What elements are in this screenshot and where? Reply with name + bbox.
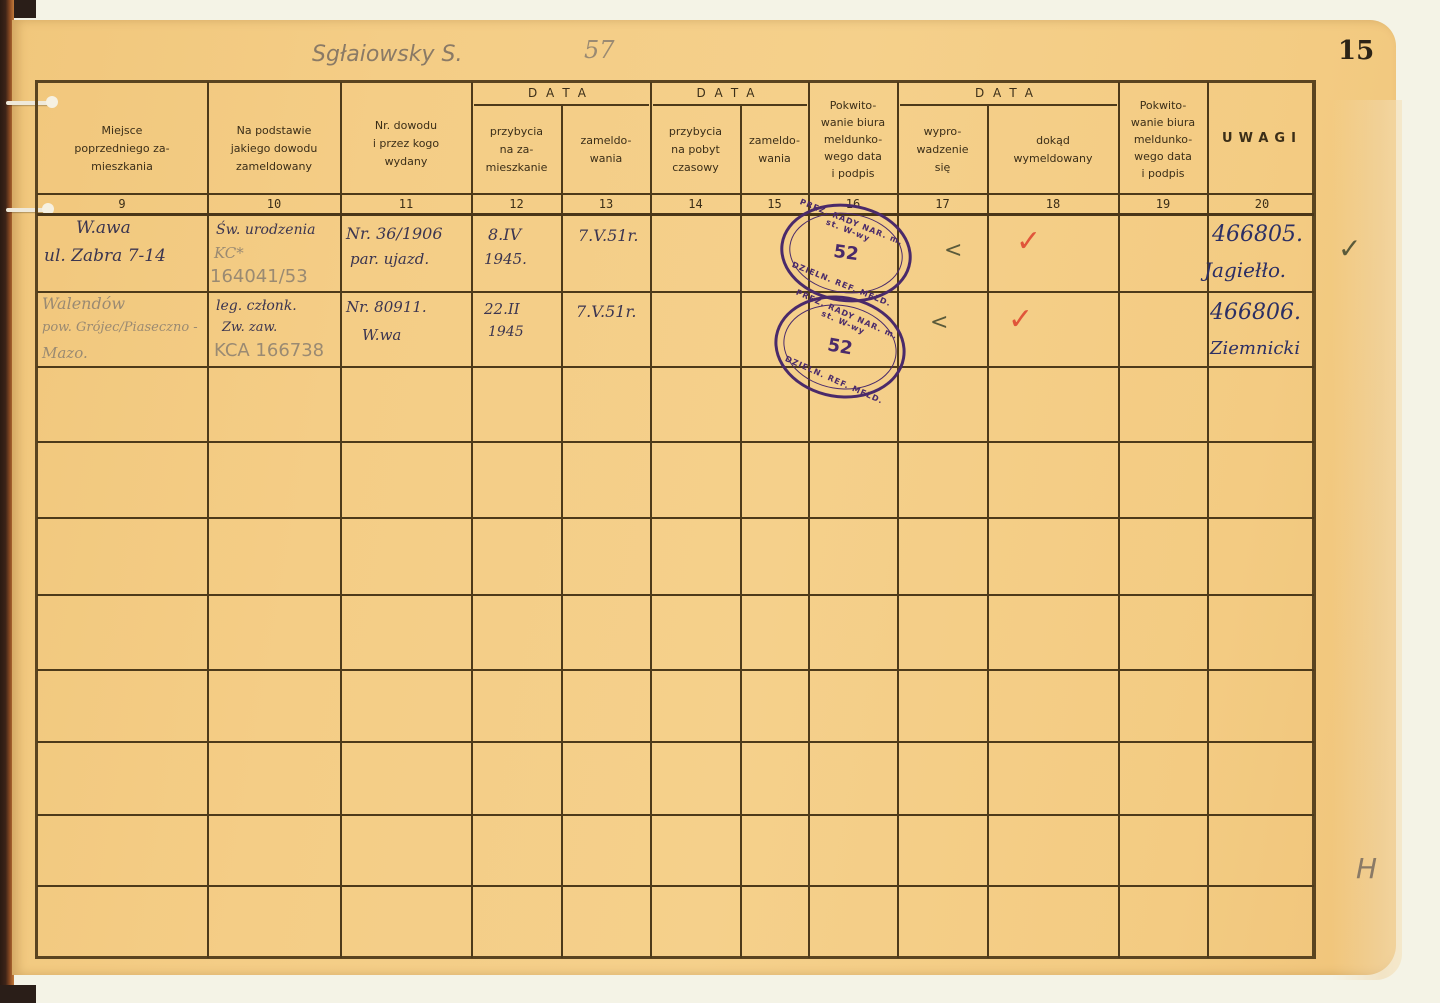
pencil-number: 57: [584, 36, 615, 64]
header-line: się: [935, 159, 951, 177]
header-destination: dokąd wymeldowany: [989, 108, 1117, 192]
cell-previous-residence-line: W.awa: [76, 218, 131, 238]
row-divider: [37, 594, 1314, 596]
column-number: 10: [209, 197, 339, 211]
column-divider: [740, 105, 742, 958]
header-line: wymeldowany: [1014, 150, 1093, 168]
header-line: wego data: [1134, 148, 1192, 165]
departure-mark: <: [930, 310, 948, 335]
header-line: wanie biura: [1131, 114, 1195, 131]
column-number: 18: [989, 197, 1117, 211]
row-divider: [37, 814, 1314, 816]
header-line: meldunko-: [1134, 131, 1192, 148]
group-underline: [653, 104, 807, 106]
header-line: Miejsce: [102, 122, 143, 140]
cell-previous-residence-line: ul. Zabra 7-14: [44, 246, 166, 266]
header-line: wadzenie: [916, 141, 968, 159]
column-number: 13: [563, 197, 649, 211]
cell-previous-residence-line: Walendów: [42, 294, 125, 313]
column-number: 17: [899, 197, 986, 211]
header-line: wania: [758, 150, 791, 168]
header-line: meldunko-: [824, 131, 882, 148]
header-line: i podpis: [1141, 165, 1184, 182]
registration-table: [35, 80, 1316, 959]
surname-annotation: Sgłaiowsky S.: [312, 42, 462, 67]
header-line: zameldo-: [749, 132, 800, 150]
margin-check-icon: ✓: [1338, 232, 1361, 265]
header-office-receipt-2: Pokwito- wanie biura meldunko- wego data…: [1120, 86, 1206, 192]
header-line: czasowy: [672, 159, 719, 177]
page-number: 15: [1338, 36, 1374, 66]
cell-registration-date: 7.V.51r.: [578, 226, 638, 245]
header-line: zameldowany: [236, 158, 312, 176]
column-number: 12: [473, 197, 560, 211]
header-divider: [37, 193, 1314, 195]
group-title-temporary: DATA: [653, 86, 807, 100]
cell-previous-residence-line: Mazo.: [42, 344, 88, 362]
group-underline: [474, 104, 649, 106]
header-line: Pokwito-: [1140, 97, 1187, 114]
column-number: 11: [342, 197, 470, 211]
cell-previous-residence-line: pow. Grójec/Piaseczno -: [42, 320, 198, 335]
cell-arrival-date-line: 1945: [488, 324, 524, 340]
cell-document-number-line: Nr. 80911.: [346, 298, 427, 316]
row-divider: [37, 291, 1314, 293]
header-line: i podpis: [831, 165, 874, 182]
row-divider: [37, 669, 1314, 671]
header-line: przybycia: [490, 123, 543, 141]
cell-arrival-date-line: 22.II: [484, 300, 520, 318]
column-divider: [987, 105, 989, 958]
column-number: 14: [652, 197, 739, 211]
cell-arrival-date-line: 8.IV: [488, 225, 521, 244]
cell-remarks-line: 466806.: [1210, 300, 1301, 325]
cell-arrival-date-line: 1945.: [484, 250, 527, 268]
header-temp-registration-date: zameldo- wania: [742, 108, 807, 192]
header-line: dokąd: [1036, 132, 1070, 150]
header-arrival-date: przybycia na za- mieszkanie: [473, 108, 560, 192]
header-temp-arrival-date: przybycia na pobyt czasowy: [652, 108, 739, 192]
header-bottom-rule: [37, 213, 1314, 216]
group-underline: [900, 104, 1117, 106]
header-departure-date: wypro- wadzenie się: [899, 108, 986, 192]
row-divider: [37, 517, 1314, 519]
destination-check-icon: ✓: [1008, 302, 1033, 337]
row-divider: [37, 885, 1314, 887]
header-line: Pokwito-: [830, 97, 877, 114]
header-document-number: Nr. dowodu i przez kogo wydany: [342, 104, 470, 184]
cell-document-basis-line: Św. urodzenia: [216, 222, 315, 238]
cell-registration-date: 7.V.51r.: [576, 302, 636, 321]
corner-pencil-mark: H: [1356, 852, 1377, 885]
header-previous-residence: Miejsce poprzedniego za- mieszkania: [38, 106, 206, 192]
column-number: 20: [1209, 197, 1315, 211]
header-line: na pobyt: [671, 141, 720, 159]
header-line: mieszkania: [91, 158, 153, 176]
header-line: przybycia: [669, 123, 722, 141]
header-office-receipt: Pokwito- wanie biura meldunko- wego data…: [810, 86, 896, 192]
cell-remarks-line: Ziemnicki: [1210, 338, 1300, 359]
header-line: jakiego dowodu: [231, 140, 318, 158]
cell-document-basis-line: KC*: [214, 244, 244, 262]
column-divider: [561, 105, 563, 958]
destination-check-icon: ✓: [1016, 224, 1041, 259]
header-line: mieszkanie: [486, 159, 548, 177]
header-remarks: UWAGI: [1209, 86, 1315, 192]
column-number: 9: [38, 197, 206, 211]
cell-document-number-line: W.wa: [362, 326, 401, 344]
header-line: wydany: [385, 153, 428, 171]
header-line: wego data: [824, 148, 882, 165]
column-number: 19: [1120, 197, 1206, 211]
cell-document-number-line: Nr. 36/1906: [346, 224, 443, 243]
row-divider: [37, 366, 1314, 368]
group-title-departure: DATA: [900, 86, 1117, 100]
cell-remarks-line: Jagiełło.: [1204, 258, 1286, 282]
binder-clip-bottom: [0, 985, 36, 1003]
header-line: poprzedniego za-: [74, 140, 169, 158]
header-line: wanie biura: [821, 114, 885, 131]
cell-document-basis-line: leg. członk.: [216, 298, 297, 314]
header-line: i przez kogo: [373, 135, 439, 153]
header-line: Na podstawie: [237, 122, 312, 140]
departure-mark: <: [944, 238, 962, 263]
cell-document-basis-line: Zw. zaw.: [222, 320, 277, 335]
row-divider: [37, 741, 1314, 743]
header-line: zameldo-: [581, 132, 632, 150]
header-document-basis: Na podstawie jakiego dowodu zameldowany: [209, 106, 339, 192]
header-line: Nr. dowodu: [375, 117, 437, 135]
header-line: wypro-: [924, 123, 962, 141]
cell-remarks-line: 466805.: [1212, 222, 1303, 247]
cell-document-number-line: par. ujazd.: [350, 250, 429, 268]
cell-document-basis-line: KCA 166738: [214, 340, 324, 361]
row-divider: [37, 441, 1314, 443]
header-line: na za-: [500, 141, 534, 159]
group-title-arrival: DATA: [474, 86, 649, 100]
header-line: wania: [590, 150, 623, 168]
cell-document-basis-line: 164041/53: [210, 266, 308, 287]
header-registration-date: zameldo- wania: [563, 108, 649, 192]
